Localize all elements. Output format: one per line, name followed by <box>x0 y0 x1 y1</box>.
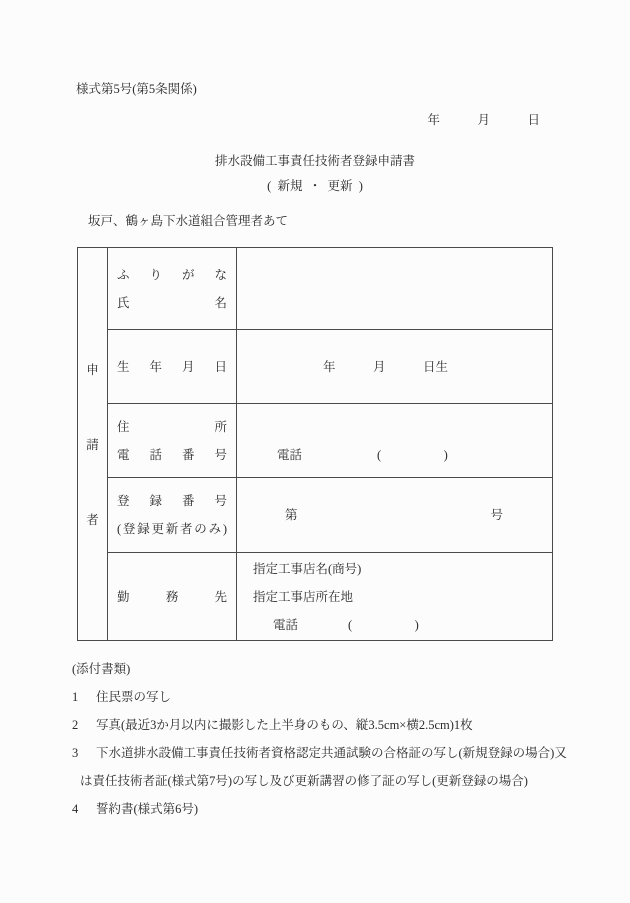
name-label: 氏名 <box>117 289 227 317</box>
renewal-only-note: (登録更新者のみ) <box>117 515 227 543</box>
attachment-4-text: 誓約書(様式第6号) <box>96 795 620 823</box>
row-address-phone: 住所 電話番号 電話 ( ) <box>108 404 552 478</box>
row-workplace: 勤務先 指定工事店名(商号) 指定工事店所在地 電話 ( ) <box>108 553 552 640</box>
workplace-label: 勤務先 <box>117 583 227 611</box>
attachment-1-number: 1 <box>72 683 96 711</box>
birthdate-label-cell: 生年月日 <box>108 330 237 403</box>
applicant-char-1: 申 <box>86 360 99 378</box>
date-line: 年 月 日 <box>427 110 540 128</box>
registration-label-cell: 登録番号 (登録更新者のみ) <box>108 478 237 552</box>
attachment-3-number: 3 <box>72 739 96 767</box>
attachment-3-continuation: は責任技術者証(様式第7号)の写し及び更新講習の修了証の写し(更新登録の場合) <box>72 767 620 795</box>
address-blank-line <box>237 413 552 441</box>
registration-number-prefix: 第 <box>285 501 298 529</box>
attachment-item-3: 3 下水道排水設備工事責任技術者資格認定共通試験の合格証の写し(新規登録の場合)… <box>72 739 620 767</box>
registration-number-value: 第 号 <box>237 501 552 529</box>
addressee-line: 坂戸、鶴ヶ島下水道組合管理者あて <box>88 211 288 229</box>
applicant-char-3: 者 <box>86 510 99 528</box>
form-subtitle-new-or-renewal: ( 新規 ・ 更新 ) <box>0 176 630 194</box>
applicant-vertical-label: 申 請 者 <box>78 248 108 640</box>
address-value-cell: 電話 ( ) <box>237 404 552 477</box>
designated-shop-address-line: 指定工事店所在地 <box>237 583 552 611</box>
registration-value-cell: 第 号 <box>237 478 552 552</box>
workplace-value-cell: 指定工事店名(商号) 指定工事店所在地 電話 ( ) <box>237 553 552 640</box>
attachment-item-1: 1 住民票の写し <box>72 683 620 711</box>
attachments-heading: (添付書類) <box>72 655 620 683</box>
applicant-table: 申 請 者 ふりがな 氏名 生年月日 年 月 日生 <box>77 247 553 641</box>
attachment-item-2: 2 写真(最近3か月以内に撮影した上半身のもの、縦3.5cm×横2.5cm)1枚 <box>72 711 620 739</box>
page-title: 排水設備工事責任技術者登録申請書 <box>0 151 630 169</box>
attachment-2-number: 2 <box>72 711 96 739</box>
address-label-cell: 住所 電話番号 <box>108 404 237 477</box>
phone-value: 電話 ( ) <box>237 441 552 469</box>
birthdate-value-cell: 年 月 日生 <box>237 330 552 403</box>
registration-number-label: 登録番号 <box>117 487 227 515</box>
workplace-label-cell: 勤務先 <box>108 553 237 640</box>
name-label-cell: ふりがな 氏名 <box>108 248 237 329</box>
row-name: ふりがな 氏名 <box>108 248 552 330</box>
phone-number-label: 電話番号 <box>117 441 227 469</box>
birthdate-label: 生年月日 <box>117 353 227 381</box>
form-number: 様式第5号(第5条関係) <box>76 79 197 97</box>
attachment-4-number: 4 <box>72 795 96 823</box>
workplace-phone-line: 電話 ( ) <box>237 611 552 639</box>
birthdate-value: 年 月 日生 <box>237 353 552 381</box>
table-rows: ふりがな 氏名 生年月日 年 月 日生 住所 電話番号 <box>108 248 552 640</box>
row-registration-number: 登録番号 (登録更新者のみ) 第 号 <box>108 478 552 553</box>
attachment-1-text: 住民票の写し <box>96 683 620 711</box>
attachment-3-text: 下水道排水設備工事責任技術者資格認定共通試験の合格証の写し(新規登録の場合)又 <box>96 739 620 767</box>
name-value-cell <box>237 248 552 329</box>
attachment-2-text: 写真(最近3か月以内に撮影した上半身のもの、縦3.5cm×横2.5cm)1枚 <box>96 711 620 739</box>
attachments-section: (添付書類) 1 住民票の写し 2 写真(最近3か月以内に撮影した上半身のもの、… <box>72 655 620 823</box>
designated-shop-name-line: 指定工事店名(商号) <box>237 555 552 583</box>
address-label: 住所 <box>117 413 227 441</box>
furigana-label: ふりがな <box>117 261 227 289</box>
registration-number-suffix: 号 <box>490 501 503 529</box>
attachment-item-4: 4 誓約書(様式第6号) <box>72 795 620 823</box>
applicant-char-2: 請 <box>86 435 99 453</box>
row-birthdate: 生年月日 年 月 日生 <box>108 330 552 404</box>
document-page: 様式第5号(第5条関係) 年 月 日 排水設備工事責任技術者登録申請書 ( 新規… <box>0 0 630 903</box>
